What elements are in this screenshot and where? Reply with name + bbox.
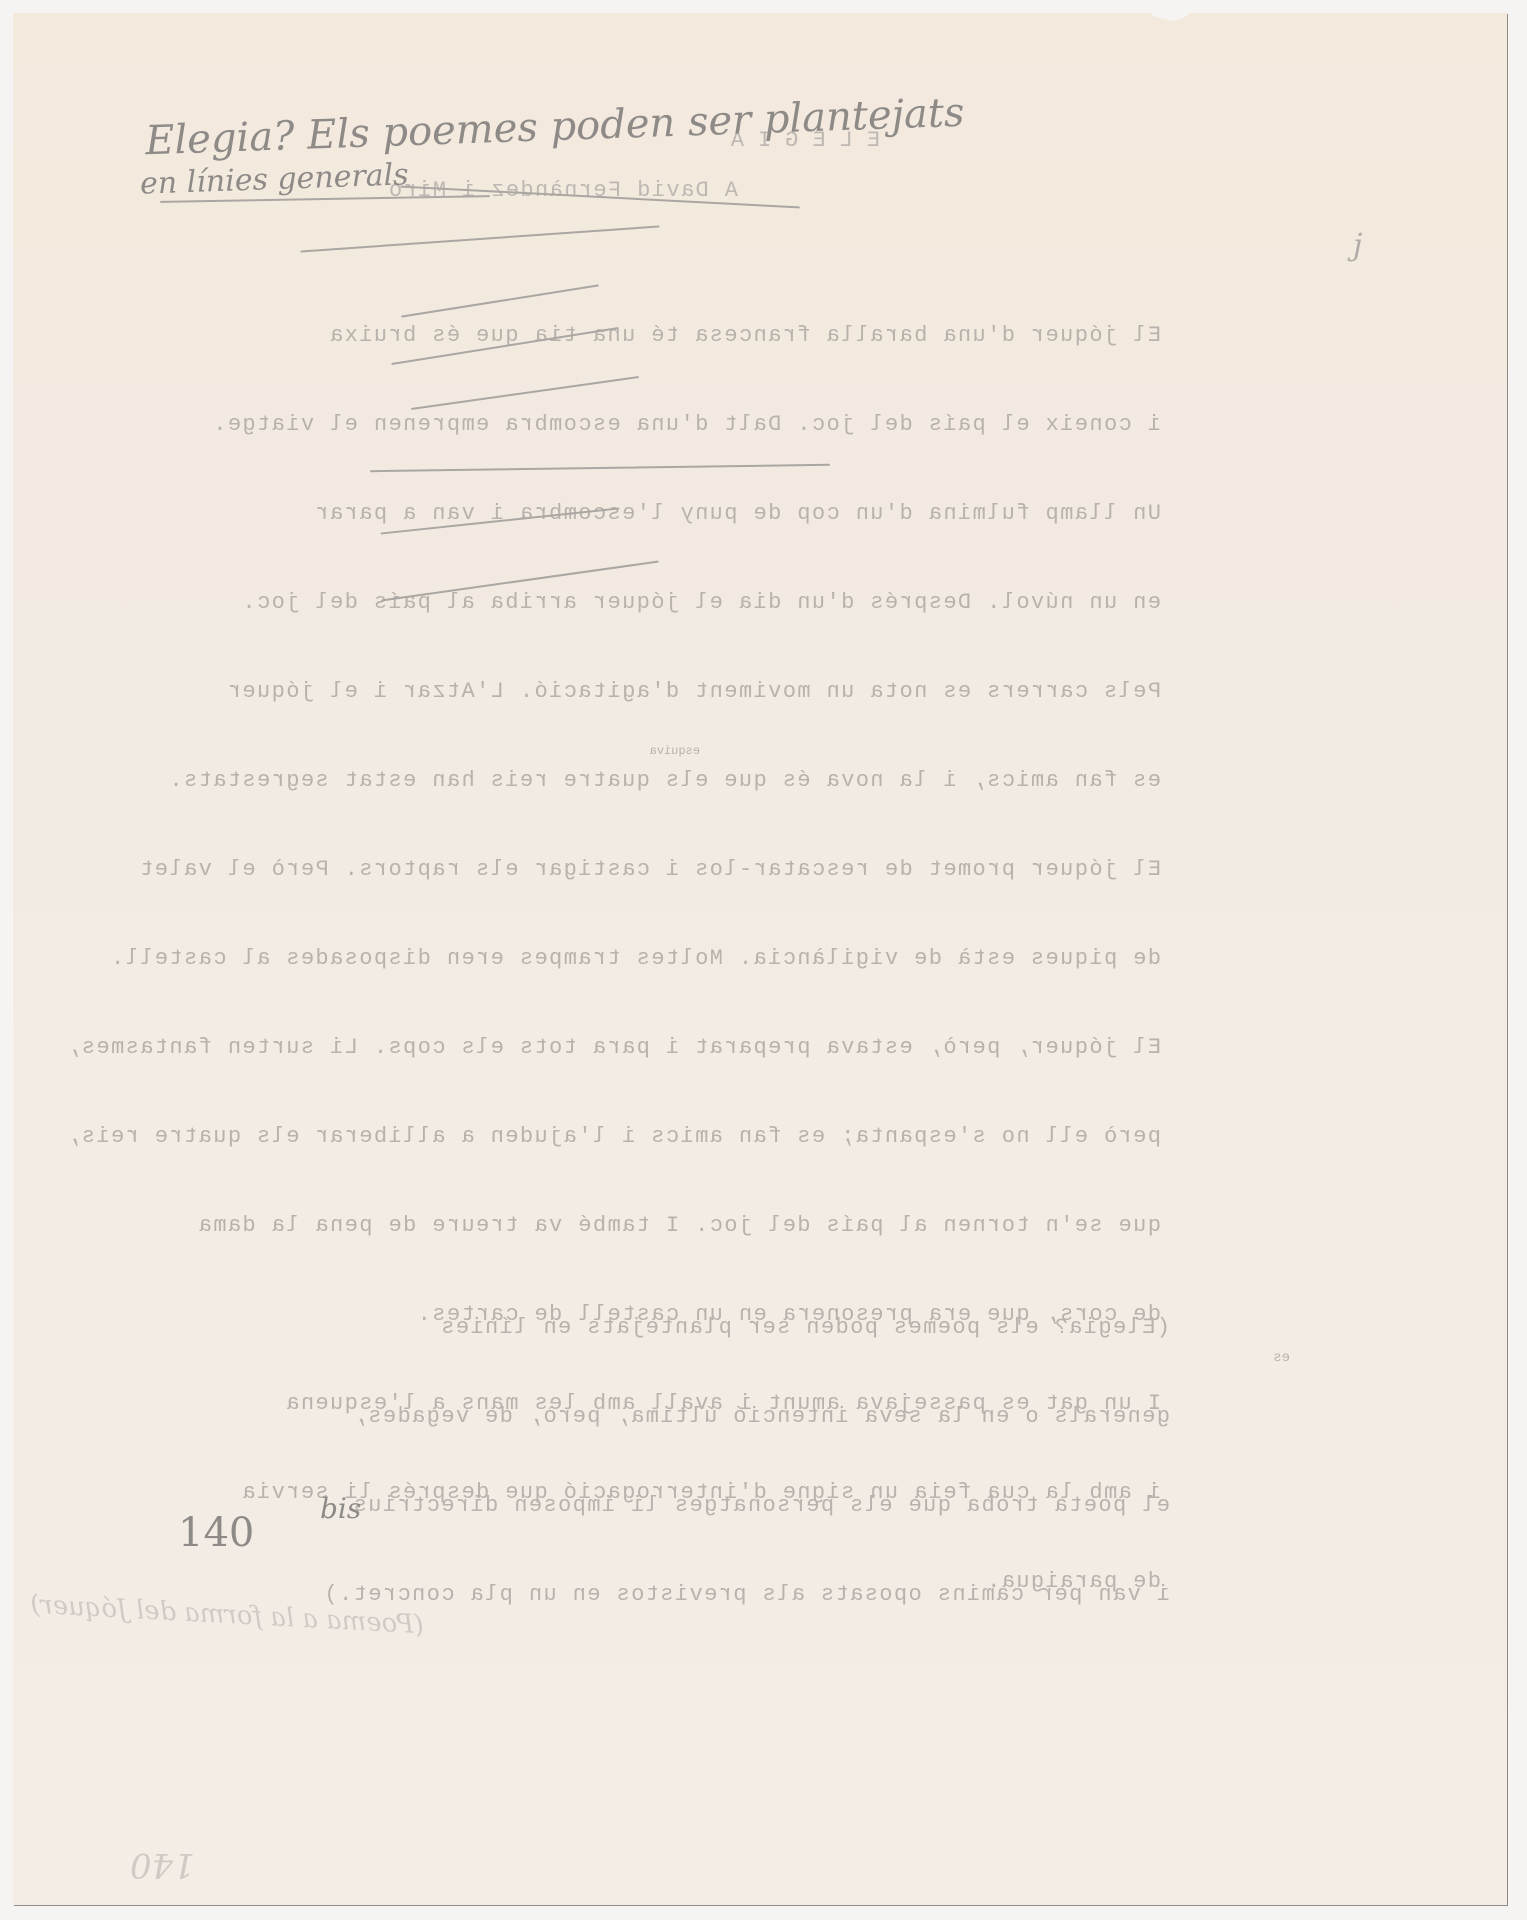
- handwritten-page-number: 140: [178, 1510, 254, 1556]
- body-line: El jóquer, però, estava preparat i para …: [66, 1028, 1161, 1067]
- body-line: i coneix el país del joc. Dalt d'una esc…: [66, 405, 1161, 444]
- body-line: que se'n tornen al país del joc. I també…: [66, 1206, 1161, 1245]
- body-line: El jóquer d'una baralla francesa té una …: [66, 316, 1161, 355]
- body-line: de piques està de vigilància. Moltes tra…: [66, 939, 1161, 978]
- handwritten-margin-mark: j: [1353, 228, 1362, 263]
- body-line: però ell no s'espanta; es fan amics i l'…: [66, 1117, 1161, 1156]
- note-line: i van per camins oposats als previstos e…: [323, 1575, 1170, 1614]
- typed-dedication: A David Fernàndez i Miró: [388, 178, 738, 203]
- body-line: es fan amics, i la nova és que els quatr…: [66, 761, 1161, 800]
- typed-note: (Elegia? els poemes poden ser plantejats…: [323, 1258, 1170, 1639]
- note-line: generals o en la seva intenció última, p…: [323, 1397, 1170, 1436]
- faint-bottom-number: 140: [130, 1845, 195, 1885]
- note-line: el poeta troba que els personatges li im…: [323, 1486, 1170, 1525]
- note-line: (Elegia? els poemes poden ser plantejats…: [323, 1308, 1170, 1347]
- handwritten-page-suffix: bis: [320, 1492, 361, 1525]
- body-line: Un llamp fulmina d'un cop de puny l'esco…: [66, 494, 1161, 533]
- body-line: El jóquer promet de rescatar-los i casti…: [66, 850, 1161, 889]
- interlinear-correction: esquiva: [650, 744, 700, 758]
- body-line: Pels carrers es nota un moviment d'agita…: [66, 672, 1161, 711]
- body-line: en un núvol. Després d'un dia el jóquer …: [66, 583, 1161, 622]
- interlinear-insert: es: [1273, 1350, 1290, 1366]
